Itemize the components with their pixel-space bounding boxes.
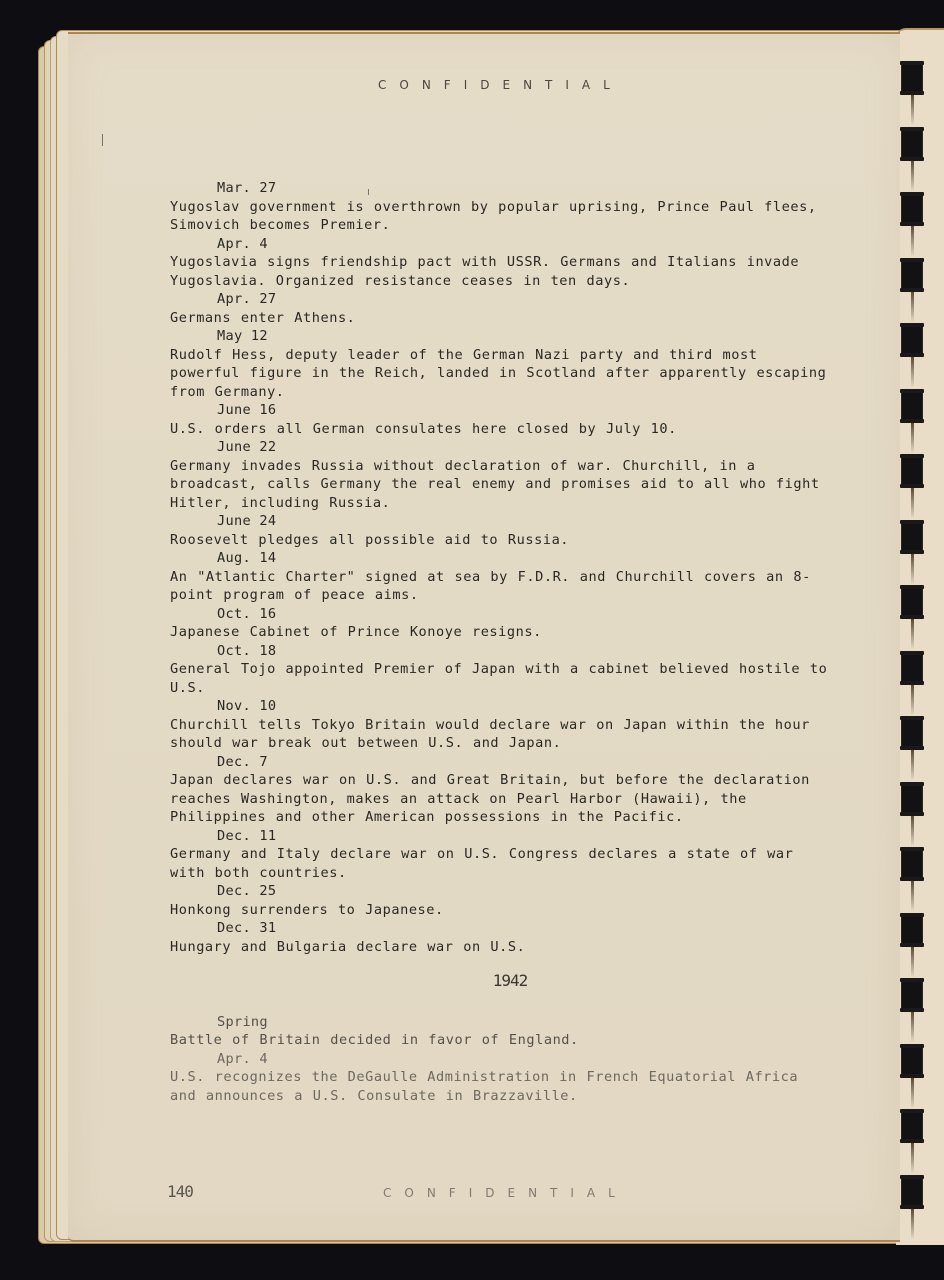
binding-gap (911, 1143, 914, 1173)
binding-gap (911, 488, 914, 518)
entry-date: Spring (170, 1013, 830, 1032)
binding-ring (902, 1045, 922, 1077)
binding-ring (902, 324, 922, 356)
chronology-entry: Oct. 16Japanese Cabinet of Prince Konoye… (170, 605, 830, 642)
entry-text: General Tojo appointed Premier of Japan … (170, 660, 830, 697)
running-foot: CONFIDENTIAL (383, 1186, 628, 1200)
chronology-entry: Apr. 27Germans enter Athens. (170, 290, 830, 327)
entry-date: Dec. 31 (170, 919, 830, 938)
chronology-entry: Dec. 7Japan declares war on U.S. and Gre… (170, 753, 830, 827)
binding-gap (911, 816, 914, 846)
entry-date: Nov. 10 (170, 697, 830, 716)
binding-gap (911, 1209, 914, 1239)
chronology-entry: Nov. 10Churchill tells Tokyo Britain wou… (170, 697, 830, 753)
binding-gap (911, 161, 914, 191)
chronology-entry: Oct. 18General Tojo appointed Premier of… (170, 642, 830, 698)
chronology-1942: SpringBattle of Britain decided in favor… (170, 1013, 830, 1106)
binding-ring (902, 652, 922, 684)
binding-ring (902, 1176, 922, 1208)
entry-text: Germany and Italy declare war on U.S. Co… (170, 845, 830, 882)
binding-gap (911, 619, 914, 649)
entry-date: Dec. 7 (170, 753, 830, 772)
binding-gap (911, 947, 914, 977)
binding-gap (911, 292, 914, 322)
entry-date: Dec. 11 (170, 827, 830, 846)
entry-text: Rudolf Hess, deputy leader of the German… (170, 346, 830, 402)
binding-gap (911, 95, 914, 125)
entry-date: June 22 (170, 438, 830, 457)
binding-gap (911, 750, 914, 780)
chronology-content: Mar. 27Yugoslav government is overthrown… (170, 179, 830, 1105)
entry-date: Apr. 4 (170, 235, 830, 254)
binding-ring (902, 128, 922, 160)
binding-ring (902, 586, 922, 618)
chronology-entry: Apr. 4Yugoslavia signs friendship pact w… (170, 235, 830, 291)
chronology-entry: Dec. 31Hungary and Bulgaria declare war … (170, 919, 830, 956)
binding-gap (911, 226, 914, 256)
binding-gap (911, 1078, 914, 1108)
binding-ring (902, 259, 922, 291)
entry-text: Honkong surrenders to Japanese. (170, 901, 830, 920)
entry-date: May 12 (170, 327, 830, 346)
entry-text: An "Atlantic Charter" signed at sea by F… (170, 568, 830, 605)
binding-gap (911, 423, 914, 453)
entry-text: Battle of Britain decided in favor of En… (170, 1031, 830, 1050)
binding-ring (902, 1110, 922, 1142)
entry-date: Mar. 27 (170, 179, 830, 198)
entry-text: Japanese Cabinet of Prince Konoye resign… (170, 623, 830, 642)
entry-text: Churchill tells Tokyo Britain would decl… (170, 716, 830, 753)
binding-ring (902, 848, 922, 880)
binding-gap (911, 685, 914, 715)
page-number: 140 (167, 1182, 193, 1201)
entry-date: Dec. 25 (170, 882, 830, 901)
binding-ring (902, 390, 922, 422)
stray-mark (102, 134, 103, 146)
binding-ring (902, 783, 922, 815)
spiral-binding (902, 0, 922, 1280)
binding-gap (911, 554, 914, 584)
entry-text: Roosevelt pledges all possible aid to Ru… (170, 531, 830, 550)
binding-ring (902, 717, 922, 749)
entry-text: U.S. orders all German consulates here c… (170, 420, 830, 439)
entry-date: Apr. 27 (170, 290, 830, 309)
entry-date: Oct. 16 (170, 605, 830, 624)
entry-text: Germany invades Russia without declarati… (170, 457, 830, 513)
entry-date: Oct. 18 (170, 642, 830, 661)
document-page: CONFIDENTIAL Mar. 27Yugoslav government … (68, 32, 900, 1242)
chronology-entry: Aug. 14An "Atlantic Charter" signed at s… (170, 549, 830, 605)
binding-ring (902, 193, 922, 225)
chronology-entry: Mar. 27Yugoslav government is overthrown… (170, 179, 830, 235)
entry-text: Japan declares war on U.S. and Great Bri… (170, 771, 830, 827)
chronology-entry: Dec. 11Germany and Italy declare war on … (170, 827, 830, 883)
chronology-entry: Dec. 25Honkong surrenders to Japanese. (170, 882, 830, 919)
chronology-1941: Mar. 27Yugoslav government is overthrown… (170, 179, 830, 956)
binding-ring (902, 455, 922, 487)
entry-date: June 24 (170, 512, 830, 531)
chronology-entry: May 12Rudolf Hess, deputy leader of the … (170, 327, 830, 401)
entry-text: U.S. recognizes the DeGaulle Administrat… (170, 1068, 830, 1105)
entry-date: Aug. 14 (170, 549, 830, 568)
chronology-entry: June 22Germany invades Russia without de… (170, 438, 830, 512)
binding-gap (911, 357, 914, 387)
entry-text: Hungary and Bulgaria declare war on U.S. (170, 938, 830, 957)
binding-gap (911, 881, 914, 911)
binding-ring (902, 521, 922, 553)
binding-gap (911, 1012, 914, 1042)
chronology-entry: Apr. 4U.S. recognizes the DeGaulle Admin… (170, 1050, 830, 1106)
binding-ring (902, 62, 922, 94)
year-heading: 1942 (170, 972, 830, 991)
entry-text: Yugoslavia signs friendship pact with US… (170, 253, 830, 290)
binding-ring (902, 914, 922, 946)
binding-ring (902, 979, 922, 1011)
chronology-entry: June 24Roosevelt pledges all possible ai… (170, 512, 830, 549)
entry-date: June 16 (170, 401, 830, 420)
book-photo: CONFIDENTIAL Mar. 27Yugoslav government … (0, 0, 944, 1280)
chronology-entry: June 16U.S. orders all German consulates… (170, 401, 830, 438)
entry-text: Yugoslav government is overthrown by pop… (170, 198, 830, 235)
running-head: CONFIDENTIAL (378, 78, 623, 92)
chronology-entry: SpringBattle of Britain decided in favor… (170, 1013, 830, 1050)
entry-date: Apr. 4 (170, 1050, 830, 1069)
entry-text: Germans enter Athens. (170, 309, 830, 328)
